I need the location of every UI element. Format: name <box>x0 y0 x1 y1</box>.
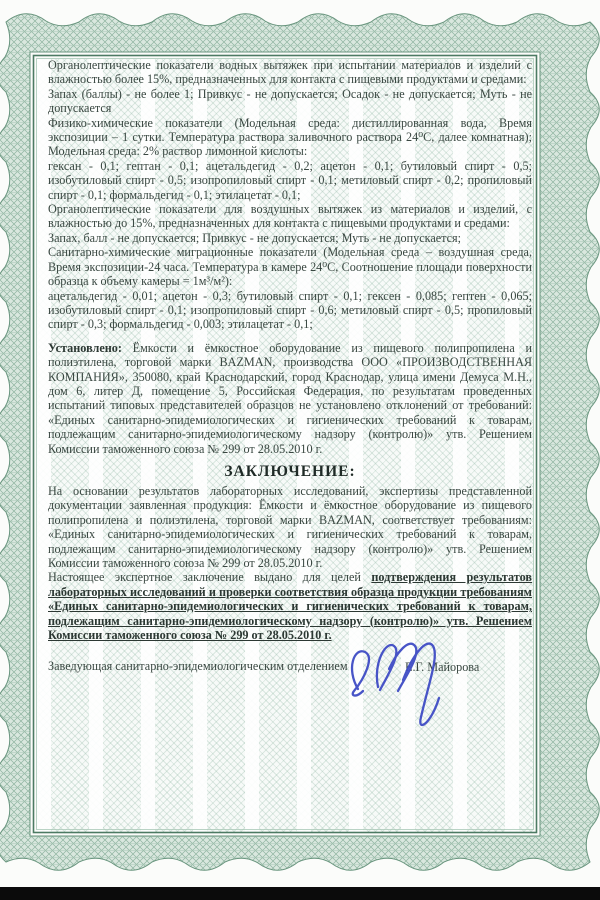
paragraph-sanitary-chemical: Санитарно-химические миграционные показа… <box>48 245 532 288</box>
paragraph-physico-chemical: Физико-химические показатели (Модельная … <box>48 116 532 159</box>
certificate-page: Органолептические показатели водных вытя… <box>0 0 600 900</box>
ustanovleno-label: Установлено: <box>48 341 122 355</box>
paragraph-water-values: гексан - 0,1; гептан - 0,1; ацетальдегид… <box>48 159 532 202</box>
signature-role: Заведующая санитарно-эпидемиологическим … <box>48 659 348 673</box>
document-text: Органолептические показатели водных вытя… <box>48 58 532 719</box>
paragraph-conclusion: На основании результатов лабораторных ис… <box>48 484 532 570</box>
spacer <box>48 332 532 341</box>
purpose-prefix: Настоящее экспертное заключение выдано д… <box>48 570 371 584</box>
conclusion-heading: ЗАКЛЮЧЕНИЕ: <box>48 463 532 481</box>
paragraph-organoleptic-water: Органолептические показатели водных вытя… <box>48 58 532 87</box>
paragraph-air-odor: Запах, балл - не допускается; Привкус - … <box>48 231 532 245</box>
handwritten-signature <box>336 627 466 727</box>
signature-row: Заведующая санитарно-эпидемиологическим … <box>48 659 532 719</box>
paragraph-ustanovleno: Установлено: Ёмкости и ёмкостное оборудо… <box>48 341 532 456</box>
paragraph-organoleptic-air: Органолептические показатели для воздушн… <box>48 202 532 231</box>
signature-name: Е.Г. Майорова <box>405 660 479 674</box>
scanner-bed-edge <box>0 887 600 900</box>
paragraph-air-values: ацетальдегид - 0,01; ацетон - 0,3; бутил… <box>48 289 532 332</box>
scanned-certificate: { "document": { "paragraphs": [ "Органол… <box>0 0 600 900</box>
ustanovleno-text: Ёмкости и ёмкостное оборудование из пище… <box>48 341 532 456</box>
paragraph-purpose: Настоящее экспертное заключение выдано д… <box>48 570 532 642</box>
paragraph-odor-taste: Запах (баллы) - не более 1; Привкус - не… <box>48 87 532 116</box>
